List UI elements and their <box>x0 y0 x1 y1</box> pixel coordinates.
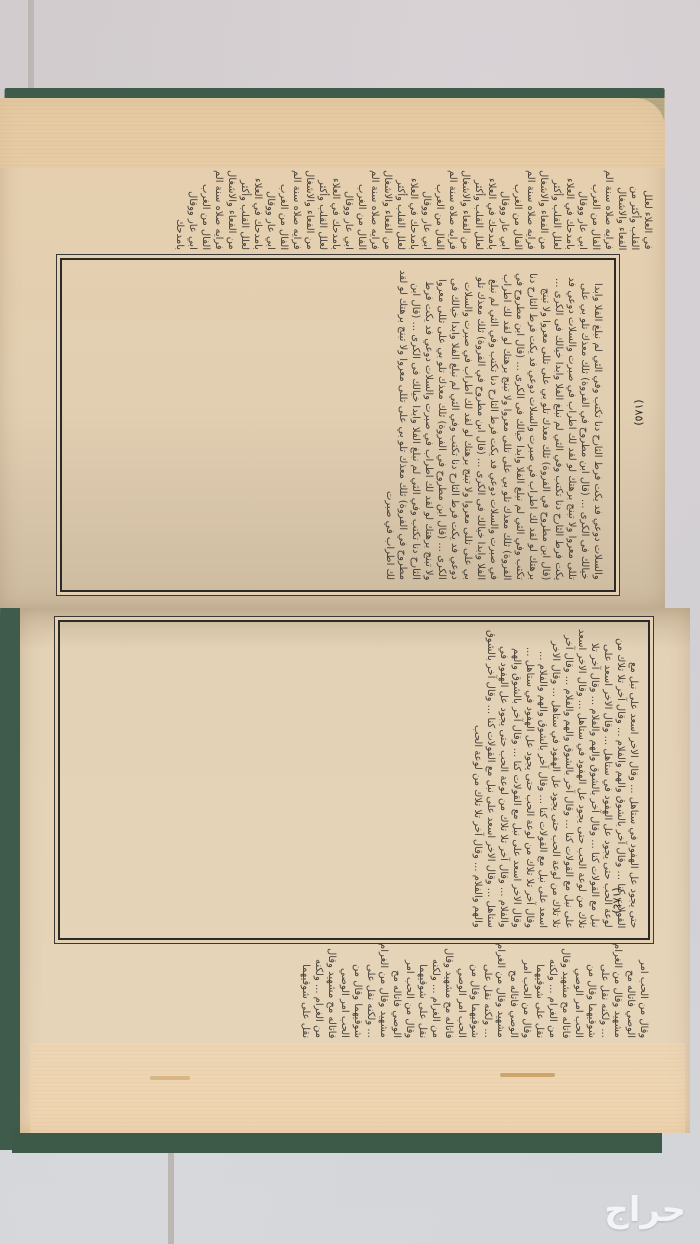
tile-grout-line <box>168 1145 174 1244</box>
tile-grout-line <box>28 0 34 90</box>
bottom-page-number: (١٨٤) <box>611 887 624 913</box>
bottom-page-inner-text: حتى يجود عل الهفود في ستاهل ... وقال الا… <box>64 628 640 928</box>
page-stack-edge-bottom <box>30 1043 685 1133</box>
haraj-watermark: حراج <box>604 1190 686 1230</box>
top-page-outer-text: في العلاء لعلل القلب وأكثر من الفعاء وال… <box>14 168 654 250</box>
open-book: في العلاء لعلل القلب وأكثر من الفعاء وال… <box>0 88 660 1153</box>
bottom-page-outer-text: وقال من الحب امر الوصي فاتاله مح مشهيد و… <box>60 943 650 1038</box>
page-stain <box>150 1076 190 1080</box>
top-page-inner-text: والسلات دوعي فد يكت فرط الثارح دنا تكتب … <box>68 268 604 580</box>
page-stack-edge <box>0 98 665 168</box>
page-stain <box>500 1073 555 1077</box>
top-page-number: (١٨٥) <box>633 399 646 425</box>
